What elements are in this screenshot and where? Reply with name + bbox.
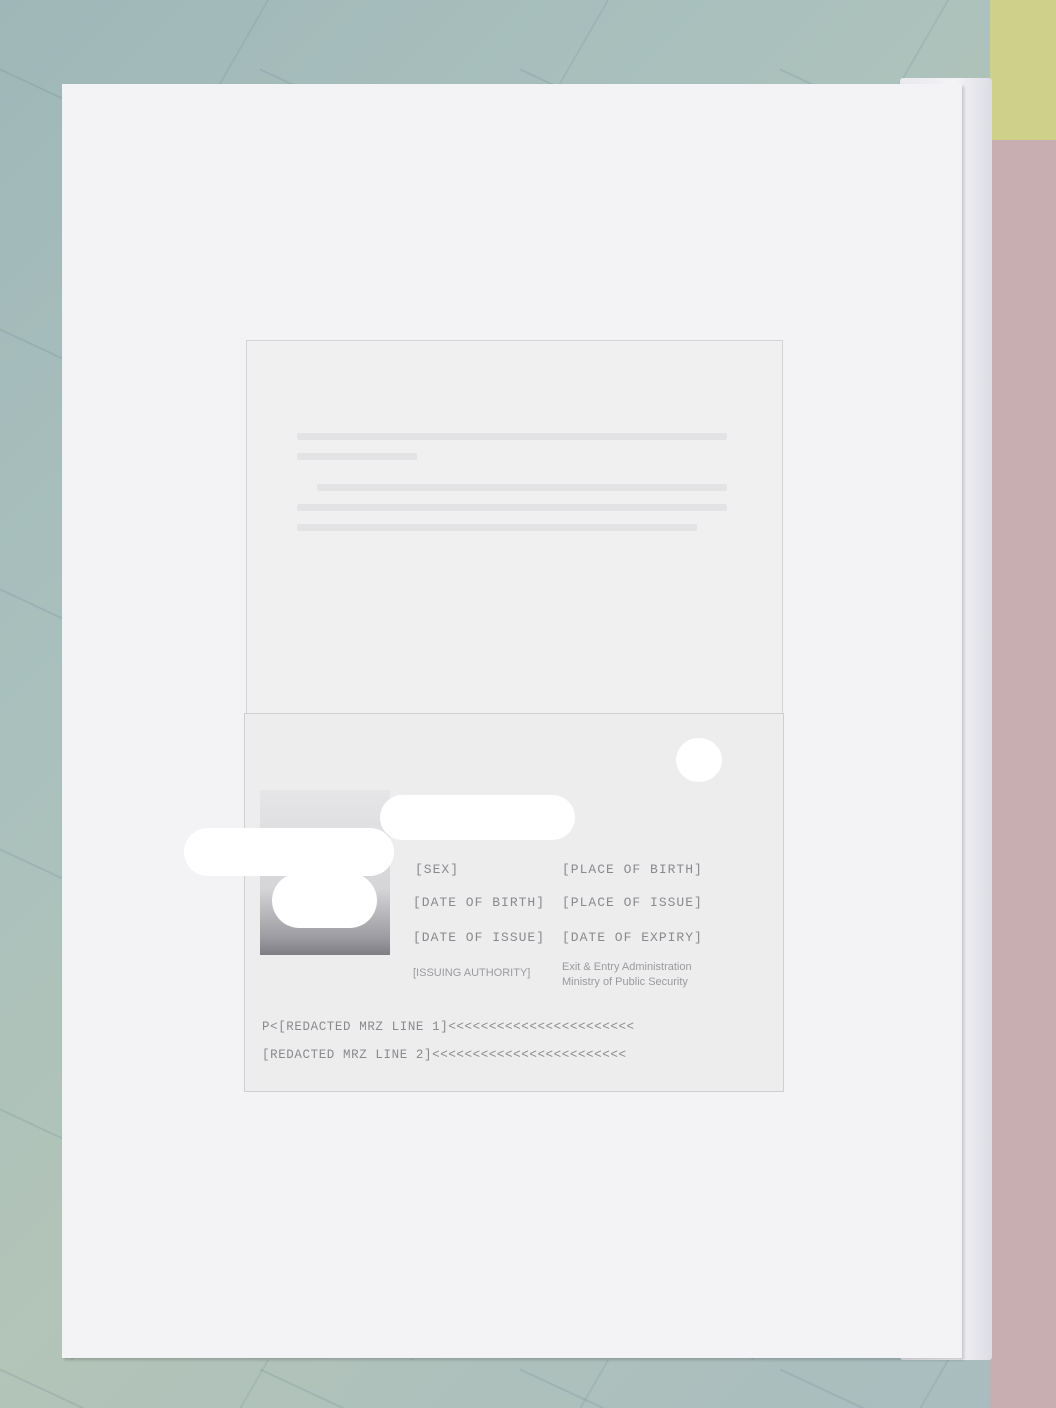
map-region-pink	[990, 140, 1056, 1408]
issuing-authority-en-2: Ministry of Public Security	[562, 975, 688, 989]
place-of-issue-value: [PLACE OF ISSUE]	[562, 895, 703, 910]
passport-observation-page	[246, 340, 783, 717]
faded-text-line	[297, 524, 697, 531]
map-region-yellow	[990, 0, 1056, 140]
redaction-mark	[184, 828, 394, 876]
redaction-mark	[380, 795, 575, 840]
mrz-line-1: P<[REDACTED MRZ LINE 1]<<<<<<<<<<<<<<<<<…	[262, 1020, 635, 1034]
place-of-birth-value: [PLACE OF BIRTH]	[562, 862, 703, 877]
issuing-authority-cn: [ISSUING AUTHORITY]	[413, 966, 530, 980]
faded-text-line	[317, 484, 727, 491]
faded-text-line	[297, 504, 727, 511]
date-of-issue-value: [DATE OF ISSUE]	[413, 930, 545, 945]
date-of-birth-value: [DATE OF BIRTH]	[413, 895, 545, 910]
faded-text-line	[297, 453, 417, 460]
date-of-expiry-value: [DATE OF EXPIRY]	[562, 930, 703, 945]
faded-text-line	[297, 433, 727, 440]
redaction-mark	[272, 873, 377, 928]
sex-value: [SEX]	[415, 862, 459, 877]
issuing-authority-en-1: Exit & Entry Administration	[562, 960, 692, 974]
redaction-mark	[676, 738, 722, 782]
mrz-line-2: [REDACTED MRZ LINE 2]<<<<<<<<<<<<<<<<<<<…	[262, 1048, 627, 1062]
